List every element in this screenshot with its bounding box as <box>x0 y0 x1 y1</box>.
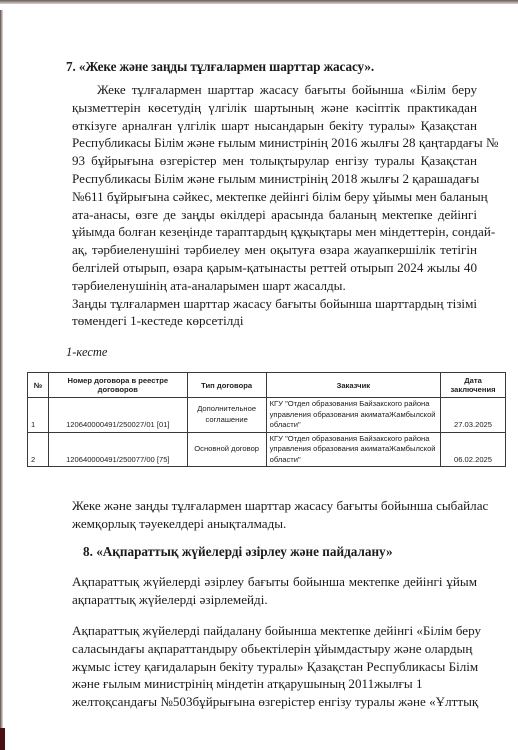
text-line: Жеке тұлғалармен шарттар жасасу бағыты б… <box>72 81 477 99</box>
table-caption: 1-кесте <box>66 345 107 360</box>
cell-contract-number: 120640000491/250077/00 [75] <box>48 432 187 467</box>
cell-customer: КГУ "Отдел образования Байзакского район… <box>266 398 440 433</box>
table-row: 2 120640000491/250077/00 [75] Основной д… <box>28 432 506 467</box>
text-line: қызметтерін көсетудің үлгілік шартының ж… <box>72 99 477 117</box>
text-line: белгілей отырып, өзара қарым-қатынасты р… <box>72 259 477 277</box>
text-line: төмендегі 1-кестеде көрсетілді <box>72 312 477 330</box>
text-line: жұмыс істеу қағидаларын бекіту туралы» Қ… <box>72 658 450 676</box>
header-contract-number: Номер договора в реестре договоров <box>48 373 187 398</box>
contracts-table: № Номер договора в реестре договоров Тип… <box>27 372 506 467</box>
header-date: Дата заключения <box>441 373 506 398</box>
document-page: 7. «Жеке және заңды тұлғалармен шарттар … <box>0 0 518 750</box>
section-8-paragraph-2: Ақпараттық жүйелерді пайдалану бойынша м… <box>72 622 450 711</box>
text-line: Ақпараттық жүйелерді әзірлеу бағыты бойы… <box>72 573 477 591</box>
cell-no: 1 <box>28 398 49 433</box>
text-line: тәрбиеленушінің ата-аналарымен шарт жаса… <box>72 277 477 295</box>
cell-customer: КГУ "Отдел образования Байзакского район… <box>266 432 440 467</box>
cell-no: 2 <box>28 432 49 467</box>
text-line: Ақпараттық жүйелерді пайдалану бойынша м… <box>72 622 450 640</box>
cell-contract-number: 120640000491/250027/01 [01] <box>48 398 187 433</box>
section-7-paragraph-2: Жеке және заңды тұлғалармен шарттар жаса… <box>72 497 477 533</box>
cell-date: 06.02.2025 <box>441 432 506 467</box>
header-customer: Заказчик <box>266 373 440 398</box>
header-contract-type: Тип договора <box>187 373 266 398</box>
cell-contract-type: Основной договор <box>187 432 266 467</box>
text-line: өткізуге арналған үлгілік шарт нысандары… <box>72 117 477 135</box>
text-line: Республикасы Білім және ғылым министріні… <box>72 170 477 188</box>
section-7-paragraph-1: Жеке тұлғалармен шарттар жасасу бағыты б… <box>72 81 477 330</box>
text-line: ата-анасы, өзге де заңды өкілдері арасын… <box>72 206 477 224</box>
section-8-heading: 8. «Ақпараттық жүйелерді әзірлеу және па… <box>83 544 393 560</box>
text-line: ақпараттық жүйелерді әзірлемейді. <box>72 591 477 609</box>
text-line: Заңды тұлғалармен шарттар жасасу бағыты … <box>72 295 477 313</box>
text-line: желтоқсандағы №503бұйрығына өзгерістер е… <box>72 693 450 711</box>
table-header-row: № Номер договора в реестре договоров Тип… <box>28 373 506 398</box>
text-line: және ғылым министрінің міндетін атқарушы… <box>72 675 450 693</box>
text-line: саласындағы ақпараттандыру обьектілерін … <box>72 640 450 658</box>
text-line: жемқорлық тәуекелдері анықталмады. <box>72 515 477 533</box>
text-line: 93 бұйрығына өзгерістер мен толықтырулар… <box>72 152 477 170</box>
section-7-heading: 7. «Жеке және заңды тұлғалармен шарттар … <box>66 59 374 75</box>
text-line: ұйымда болған кезеңінде тараптардың құқы… <box>72 223 477 241</box>
cell-date: 27.03.2025 <box>441 398 506 433</box>
section-8-paragraph-1: Ақпараттық жүйелерді әзірлеу бағыты бойы… <box>72 573 477 609</box>
text-line: Республикасы Білім және ғылым министріні… <box>72 134 477 152</box>
header-no: № <box>28 373 49 398</box>
text-line: ақ, тәрбиеленушіні тәрбиелеу мен оқытуға… <box>72 241 477 259</box>
text-line: Жеке және заңды тұлғалармен шарттар жаса… <box>72 497 477 515</box>
table-row: 1 120640000491/250027/01 [01] Дополнител… <box>28 398 506 433</box>
text-line: №611 бұйрығына сәйкес, мектепке дейінгі … <box>72 188 477 206</box>
cell-contract-type: Дополнительное соглашение <box>187 398 266 433</box>
